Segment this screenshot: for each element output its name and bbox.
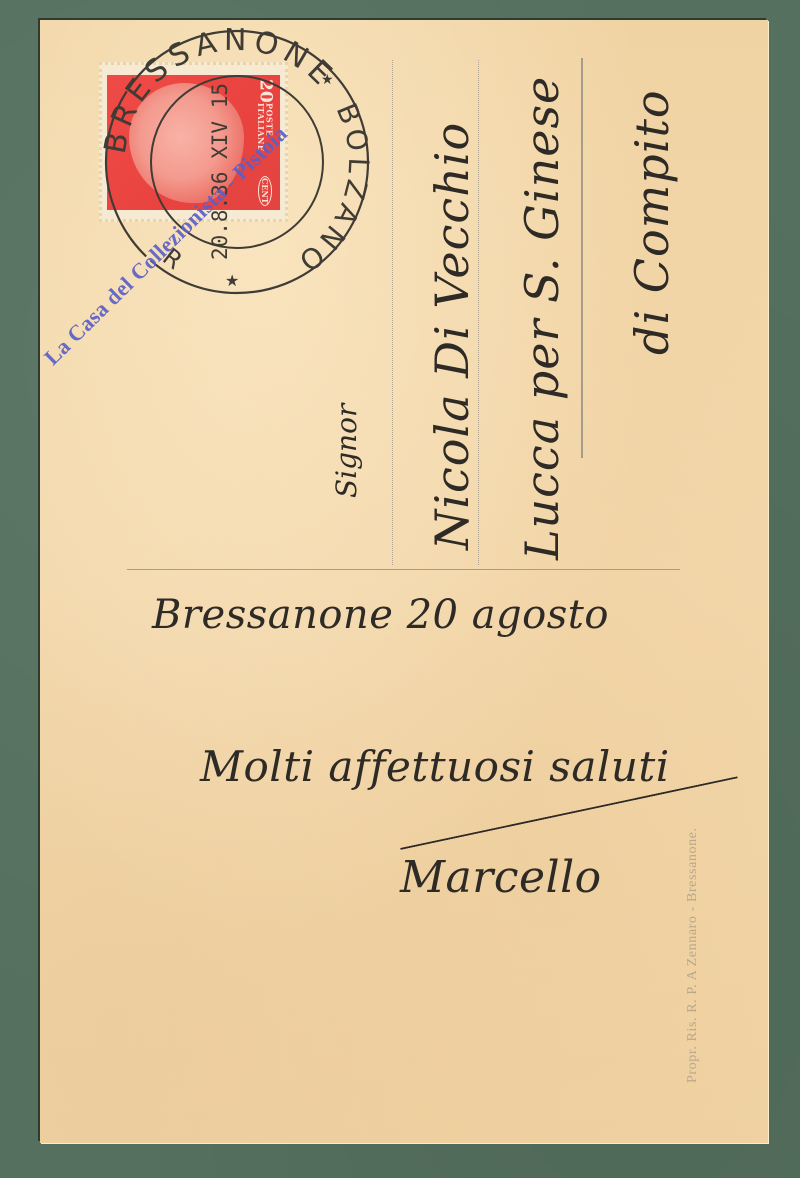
address-city: Lucca per S. Ginese	[515, 76, 569, 560]
address-locality: di Compito	[625, 89, 679, 355]
postcard-back: 20 POSTE ITALIANE CENT BRESSANONE BOLZAN…	[40, 20, 768, 1143]
address-line-3	[581, 58, 583, 458]
message-place-date: Bressanone 20 agosto	[152, 592, 609, 638]
postmark-star-icon: ★	[225, 273, 239, 290]
address-line-1	[392, 60, 393, 565]
stamp-currency: CENT	[258, 176, 272, 206]
address-salutation: Signor	[330, 404, 363, 498]
stamp-value: 20	[257, 79, 274, 103]
horizontal-divider	[127, 569, 680, 570]
message-body: Molti affettuosi saluti	[200, 742, 670, 791]
message-signature: Marcello	[400, 852, 602, 903]
publisher-imprint: Propr. Ris. R. P. A Zennaro - Bressanone…	[685, 827, 701, 1083]
address-name: Nicola Di Vecchio	[425, 122, 479, 550]
